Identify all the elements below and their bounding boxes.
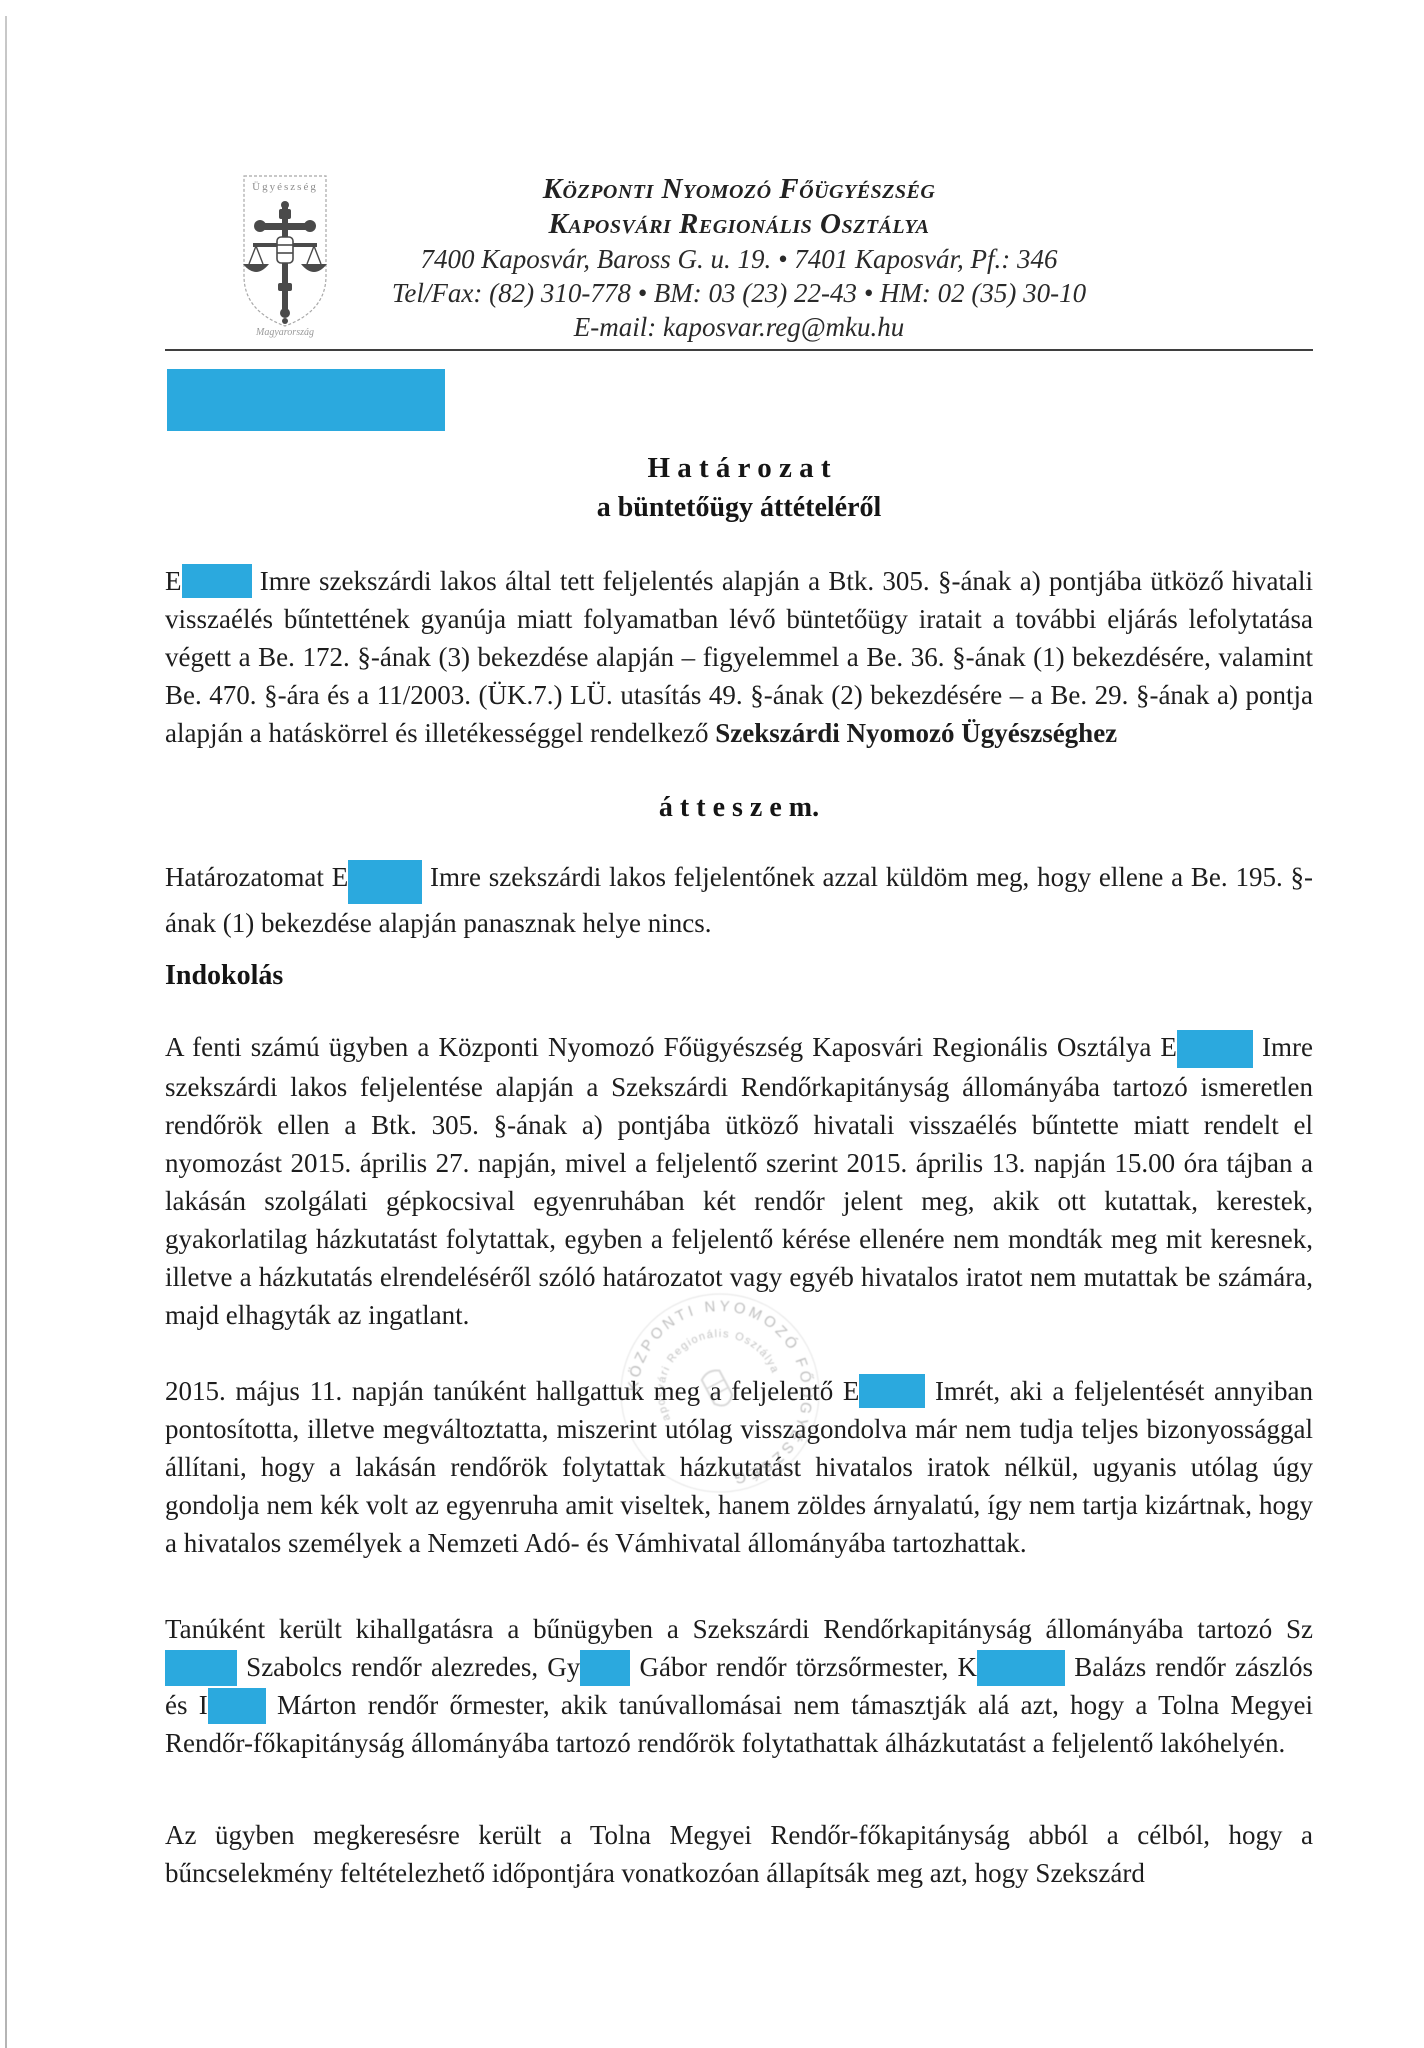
paragraph-reasoning-4: Az ügyben megkeresésre került a Tolna Me…: [165, 1816, 1313, 1892]
body-text: Márton rendőr őrmester, akik tanúvallomá…: [165, 1690, 1313, 1758]
letterhead: Központi Nyomozó Főügyészség Kaposvári R…: [165, 172, 1313, 344]
org-email: E-mail: kaposvar.reg@mku.hu: [165, 310, 1313, 344]
document-title: H a t á r o z a t: [165, 452, 1313, 485]
paragraph-notification: Határozatomat E Imre szekszárdi lakos fe…: [165, 858, 1313, 942]
org-address: 7400 Kaposvár, Baross G. u. 19. • 7401 K…: [165, 242, 1313, 276]
decision-word: á t t e s z e m.: [165, 792, 1313, 824]
org-phones: Tel/Fax: (82) 310-778 • BM: 03 (23) 22-4…: [165, 276, 1313, 310]
redaction-bar-case-number: [167, 369, 445, 431]
redaction-box: [165, 1650, 237, 1686]
section-heading-indokolas: Indokolás: [165, 960, 1313, 992]
body-text: Imre szekszárdi lakos feljelentése alapj…: [165, 1032, 1313, 1330]
body-text: Az ügyben megkeresésre került a Tolna Me…: [165, 1820, 1313, 1888]
scan-edge-artifact: [5, 16, 7, 2048]
body-text: E: [165, 566, 182, 596]
body-text: 2015. május 11. napján tanúként hallgatt…: [165, 1376, 859, 1406]
redaction-box: [977, 1650, 1065, 1686]
redaction-box: [348, 860, 422, 904]
org-name-line1: Központi Nyomozó Főügyészség: [165, 172, 1313, 207]
scanned-document-page: Ügyészség: [0, 0, 1424, 2048]
redaction-box: [1177, 1030, 1253, 1068]
paragraph-reasoning-1: A fenti számú ügyben a Központi Nyomozó …: [165, 1028, 1313, 1334]
header-divider-rule: [165, 349, 1313, 351]
body-text: Tanúként került kihallgatásra a bűnügybe…: [165, 1614, 1313, 1644]
redaction-box: [208, 1688, 266, 1724]
redaction-box: [182, 564, 252, 598]
body-text: A fenti számú ügyben a Központi Nyomozó …: [165, 1032, 1177, 1062]
bold-text: Szekszárdi Nyomozó Ügyészséghez: [715, 718, 1117, 748]
redaction-box: [859, 1374, 925, 1408]
paragraph-decision: E Imre szekszárdi lakos által tett felje…: [165, 562, 1313, 752]
paragraph-reasoning-2: 2015. május 11. napján tanúként hallgatt…: [165, 1372, 1313, 1562]
body-text: Határozatomat E: [165, 862, 348, 892]
org-name-line2: Kaposvári Regionális Osztálya: [165, 207, 1313, 242]
document-subtitle: a büntetőügy áttételéről: [165, 492, 1313, 524]
body-text: Gábor rendőr törzsőrmester, K: [630, 1652, 977, 1682]
redaction-box: [580, 1650, 630, 1686]
body-text: Szabolcs rendőr alezredes, Gy: [237, 1652, 580, 1682]
paragraph-reasoning-3: Tanúként került kihallgatásra a bűnügybe…: [165, 1610, 1313, 1762]
